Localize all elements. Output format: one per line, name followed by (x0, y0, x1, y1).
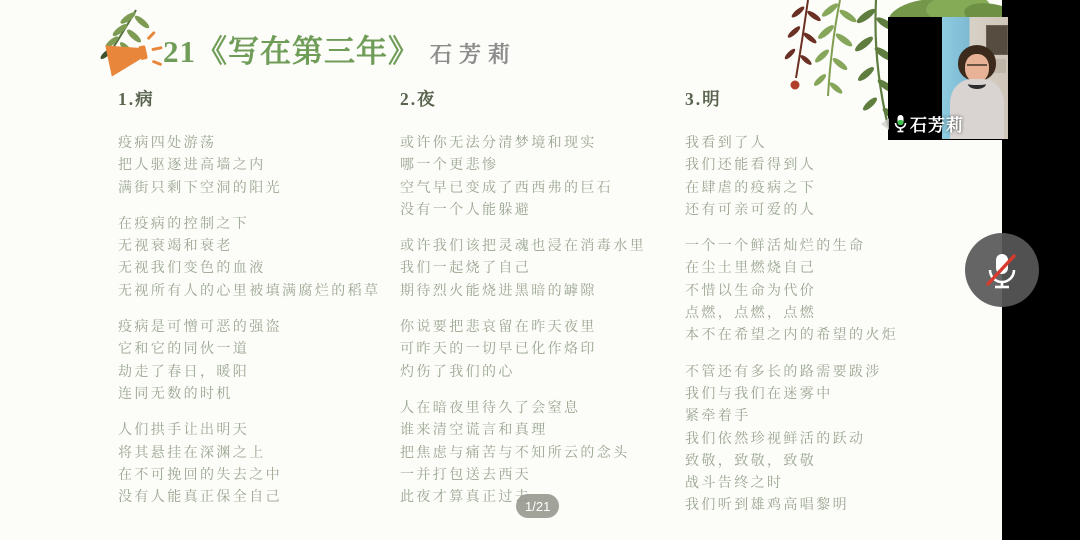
poem-line: 疫病四处游荡 (118, 133, 380, 155)
poem-stanza: 你说要把悲哀留在昨天夜里可昨天的一切早已化作烙印灼伤了我们的心 (400, 317, 646, 384)
poem-line: 本不在希望之内的希望的火炬 (685, 325, 898, 347)
poem-stanza: 我看到了人我们还能看得到人在肆虐的疫病之下还有可亲可爱的人 (685, 133, 898, 222)
poem-line: 点燃，点燃，点燃 (685, 303, 898, 325)
poem-line: 你说要把悲哀留在昨天夜里 (400, 317, 646, 339)
participant-glasses (967, 64, 987, 69)
poem-stanza: 人们拱手让出明天将其悬挂在深渊之上在不可挽回的失去之中没有人能真正保全自己 (118, 420, 380, 509)
poem-line: 我们一起烧了自己 (400, 258, 646, 280)
collapse-webcam-arrow-icon[interactable] (881, 118, 889, 130)
poem-line: 在尘土里燃烧自己 (685, 258, 898, 280)
poem-line: 不管还有多长的路需要跋涉 (685, 362, 898, 384)
page-indicator: 1/21 (516, 494, 559, 518)
poem-line: 我们还能看得到人 (685, 155, 898, 177)
poem-line: 在肆虐的疫病之下 (685, 178, 898, 200)
poem-line: 把焦虑与痛苦与不知所云的念头 (400, 443, 646, 465)
poem-stanza: 一个一个鲜活灿烂的生命在尘土里燃烧自己不惜以生命为代价点燃，点燃，点燃本不在希望… (685, 236, 898, 347)
poem-line: 连同无数的时机 (118, 384, 380, 406)
poem-line: 哪一个更悲惨 (400, 155, 646, 177)
poem-stanza: 疫病四处游荡把人驱逐进高墙之内满街只剩下空洞的阳光 (118, 133, 380, 200)
poem-stanza: 不管还有多长的路需要跋涉我们与我们在迷雾中紧牵着手我们依然珍视鲜活的跃动致敬，致… (685, 362, 898, 518)
poem-line: 灼伤了我们的心 (400, 362, 646, 384)
poem-heading: 1.病 (118, 86, 380, 111)
poem-line: 不惜以生命为代价 (685, 281, 898, 303)
poem-heading: 3.明 (685, 86, 898, 111)
poem-line: 紧牵着手 (685, 406, 898, 428)
meeting-screen: 21《写在第三年》石芳莉 1.病疫病四处游荡把人驱逐进高墙之内满街只剩下空洞的阳… (0, 0, 1080, 540)
poem-column-1: 1.病疫病四处游荡把人驱逐进高墙之内满街只剩下空洞的阳光在疫病的控制之下无视衰竭… (118, 86, 380, 509)
poem-line: 无视所有人的心里被填满腐烂的稻草 (118, 281, 380, 303)
poem-heading: 2.夜 (400, 86, 646, 111)
poem-line: 在不可挽回的失去之中 (118, 465, 380, 487)
poem-line: 劫走了春日，暖阳 (118, 362, 380, 384)
mic-active-icon (893, 114, 908, 134)
participant-collar (968, 79, 986, 89)
poem-line: 疫病是可憎可恶的强盗 (118, 317, 380, 339)
poem-stanza: 人在暗夜里待久了会窒息谁来清空谎言和真理把焦虑与痛苦与不知所云的念头一并打包送去… (400, 398, 646, 509)
webcam-tile[interactable]: 石芳莉 (888, 17, 1010, 140)
poem-line: 致敬，致敬，致敬 (685, 451, 898, 473)
participant-label: 石芳莉 (893, 111, 964, 136)
poem-column-2: 2.夜或许你无法分清梦境和现实哪一个更悲惨空气早已变成了西西弗的巨石没有一个人能… (400, 86, 646, 509)
poem-line: 一并打包送去西天 (400, 465, 646, 487)
poem-line: 期待烈火能烧进黑暗的罅隙 (400, 281, 646, 303)
poem-line: 没有一个人能躲避 (400, 200, 646, 222)
poem-line: 无视我们变色的血液 (118, 258, 380, 280)
poem-line: 无视衰竭和衰老 (118, 236, 380, 258)
poem-line: 一个一个鲜活灿烂的生命 (685, 236, 898, 258)
poem-line: 空气早已变成了西西弗的巨石 (400, 178, 646, 200)
poem-line: 我们与我们在迷雾中 (685, 384, 898, 406)
poem-stanza: 或许我们该把灵魂也浸在消毒水里我们一起烧了自己期待烈火能烧进黑暗的罅隙 (400, 236, 646, 303)
poem-line: 谁来清空谎言和真理 (400, 420, 646, 442)
poem-line: 人们拱手让出明天 (118, 420, 380, 442)
poem-line: 我们听到雄鸡高唱黎明 (685, 495, 898, 517)
poem-stanza: 在疫病的控制之下无视衰竭和衰老无视我们变色的血液无视所有人的心里被填满腐烂的稻草 (118, 214, 380, 303)
poem-line: 把人驱逐进高墙之内 (118, 155, 380, 177)
participant-name: 石芳莉 (910, 111, 964, 136)
poem-line: 将其悬挂在深渊之上 (118, 443, 380, 465)
poem-stanza: 疫病是可憎可恶的强盗它和它的同伙一道劫走了春日，暖阳连同无数的时机 (118, 317, 380, 406)
poem-line: 没有人能真正保全自己 (118, 487, 380, 509)
poem-line: 在疫病的控制之下 (118, 214, 380, 236)
poem-line: 战斗告终之时 (685, 473, 898, 495)
microphone-muted-button[interactable] (965, 233, 1039, 307)
poem-line: 我看到了人 (685, 133, 898, 155)
poem-line: 满街只剩下空洞的阳光 (118, 178, 380, 200)
poem-line: 它和它的同伙一道 (118, 339, 380, 361)
mic-muted-icon (980, 248, 1024, 292)
poem-column-3: 3.明我看到了人我们还能看得到人在肆虐的疫病之下还有可亲可爱的人一个一个鲜活灿烂… (685, 86, 898, 518)
poem-line: 或许你无法分清梦境和现实 (400, 133, 646, 155)
poem-line: 我们依然珍视鲜活的跃动 (685, 429, 898, 451)
poem-line: 可昨天的一切早已化作烙印 (400, 339, 646, 361)
poem-stanza: 或许你无法分清梦境和现实哪一个更悲惨空气早已变成了西西弗的巨石没有一个人能躲避 (400, 133, 646, 222)
poem-line: 或许我们该把灵魂也浸在消毒水里 (400, 236, 646, 258)
poem-line: 人在暗夜里待久了会窒息 (400, 398, 646, 420)
poem-line: 还有可亲可爱的人 (685, 200, 898, 222)
